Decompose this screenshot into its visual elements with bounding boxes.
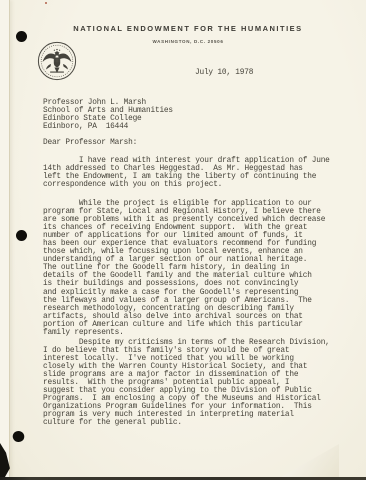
paper-speck [45,2,47,4]
salutation-line: Dear Professor Marsh: [43,139,137,147]
letter-date: July 10, 1978 [195,69,253,77]
letterhead-city-line: WASHINGTON, D.C. 20506 [55,40,322,45]
punch-hole-bottom [12,430,26,443]
page-left-edge [0,0,10,480]
punch-hole-middle [16,230,27,241]
letterhead-agency-title: NATIONAL ENDOWMENT FOR THE HUMANITIES [10,24,366,33]
scanned-letter-page: NATIONAL ENDOWMENT FOR THE HUMANITIES WA… [0,0,366,480]
great-seal-icon [37,41,77,81]
bottom-right-fold [281,444,339,477]
body-paragraph-2: While the project is eligible for applic… [43,200,325,337]
body-paragraph-1: I have read with interest your draft app… [43,157,330,189]
body-paragraph-3: Despite my criticisms in terms of the Re… [43,339,330,428]
recipient-address-block: Professor John L. Marsh School of Arts a… [43,99,173,131]
